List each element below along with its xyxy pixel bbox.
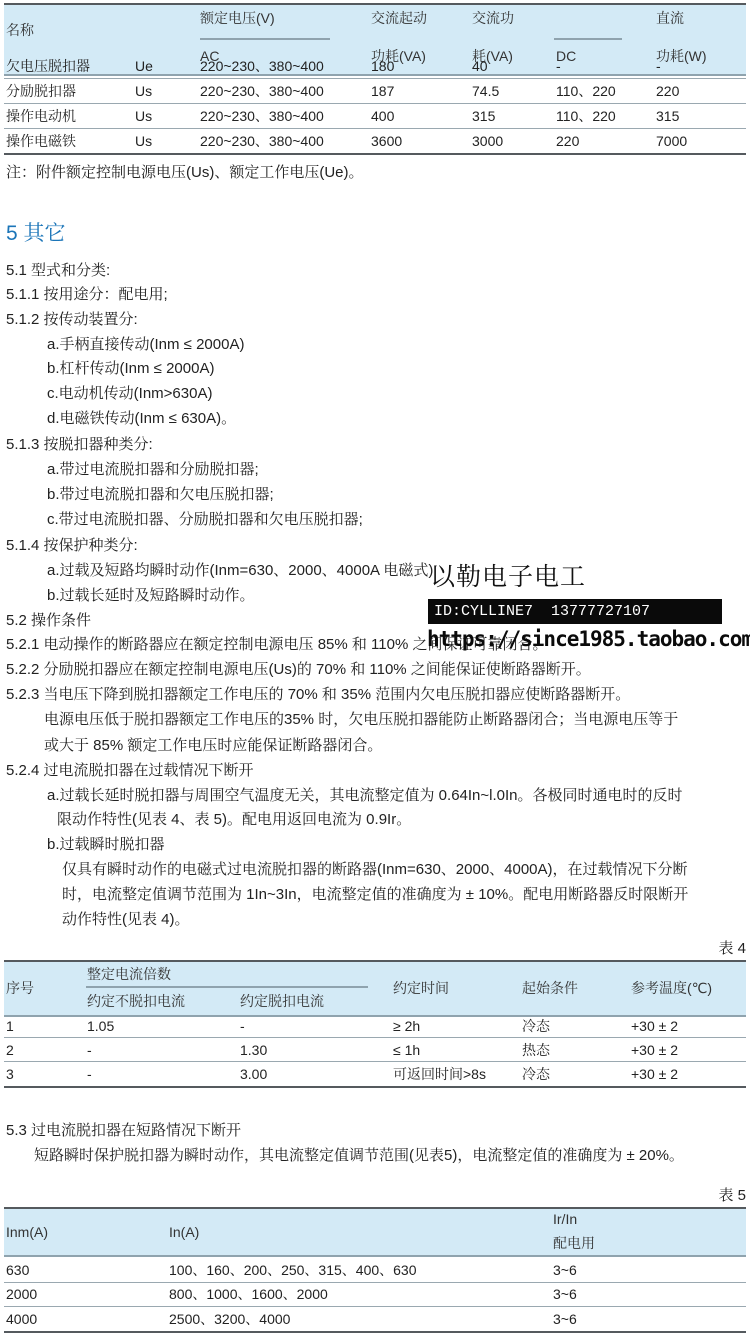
cell-in: 2500、3200、4000 <box>169 1311 290 1327</box>
header-sub-rule <box>86 986 368 988</box>
cell-inm: 4000 <box>6 1311 37 1327</box>
cell-name: 欠电压脱扣器 <box>6 58 90 74</box>
cell-type: Us <box>135 83 152 99</box>
row-rule <box>4 78 746 79</box>
cell-type: Us <box>135 133 152 149</box>
cell-time: ≥ 2h <box>393 1018 420 1034</box>
text-line: a.过载及短路均瞬时动作(Inm=630、2000、4000A 电磁式) <box>47 562 433 580</box>
text-line: a.过载长延时脱扣器与周围空气温度无关，其电流整定值为 0.64In~l.0In… <box>47 787 683 805</box>
text-line: 5.1.1 按用途分：配电用; <box>6 286 168 304</box>
header-ir-in: Ir/In <box>553 1211 577 1227</box>
text-line: c.带过电流脱扣器、分励脱扣器和欠电压脱扣器; <box>47 511 363 529</box>
cell-name: 操作电动机 <box>6 108 76 124</box>
header-distribution: 配电用 <box>553 1235 595 1251</box>
cell-ac: 220~230、380~400 <box>200 108 324 124</box>
table-bottom-rule <box>4 153 746 155</box>
text-line: a.带过电流脱扣器和分励脱扣器; <box>47 461 259 479</box>
section-title: 5 其它 <box>6 222 66 246</box>
text-line: c.电动机传动(Inm>630A) <box>47 385 212 403</box>
cell-temp: +30 ± 2 <box>631 1042 678 1058</box>
text-line: 或大于 85% 额定工作电压时应能保证断路器闭合。 <box>44 737 382 755</box>
text-line: a.手柄直接传动(Inm ≤ 2000A) <box>47 336 244 354</box>
row-rule <box>4 103 746 104</box>
text-line: 仅具有瞬时动作的电磁式过电流脱扣器的断路器(Inm=630、2000、4000A… <box>62 861 688 879</box>
cell-temp: +30 ± 2 <box>631 1018 678 1034</box>
header-rated-voltage: 额定电压(V) <box>200 10 275 26</box>
table-header <box>4 1209 746 1256</box>
cell-ir-in: 3~6 <box>553 1286 577 1302</box>
cell-ac-power: 315 <box>472 108 495 124</box>
cell-temp: +30 ± 2 <box>631 1066 678 1082</box>
text-line: 5.1.2 按传动装置分: <box>6 311 138 329</box>
text-line: 5.2.3 当电压下降到脱扣器额定工作电压的 70% 和 35% 范围内欠电压脱… <box>6 686 630 704</box>
cell-seq: 1 <box>6 1018 14 1034</box>
header-time: 约定时间 <box>393 980 449 996</box>
cell-seq: 3 <box>6 1066 14 1082</box>
text-line: 动作特性(见表 4)。 <box>62 911 190 929</box>
header-bottom-rule <box>4 1255 746 1257</box>
cell-seq: 2 <box>6 1042 14 1058</box>
text-line: d.电磁铁传动(Inm ≤ 630A)。 <box>47 410 236 428</box>
text-line: 5.2 操作条件 <box>6 612 91 630</box>
cell-ac: 220~230、380~400 <box>200 58 324 74</box>
cell-in: 100、160、200、250、315、400、630 <box>169 1262 417 1278</box>
cell-ac-start: 187 <box>371 83 394 99</box>
header-no-trip: 约定不脱扣电流 <box>87 993 185 1009</box>
header-dc-power: 直流 <box>656 10 684 26</box>
header-sub-rule <box>554 38 622 40</box>
table5-caption: 表 5 <box>718 1184 746 1205</box>
row-rule <box>4 128 746 129</box>
header-in: In(A) <box>169 1224 199 1240</box>
header-temp: 参考温度(℃) <box>631 980 712 996</box>
header-multiple: 整定电流倍数 <box>87 966 171 982</box>
cell-name: 操作电磁铁 <box>6 133 76 149</box>
cell-ac-start: 180 <box>371 58 394 74</box>
cell-ir-in: 3~6 <box>553 1311 577 1327</box>
row-rule <box>4 1061 746 1062</box>
text-line: 5.1.4 按保护种类分: <box>6 537 138 555</box>
cell-start: 冷态 <box>522 1018 550 1034</box>
text-line: 电源电压低于脱扣器额定工作电压的35% 时，欠电压脱扣器能防止断路器闭合；当电源… <box>44 711 678 729</box>
cell-ac-power: 74.5 <box>472 83 499 99</box>
text-line: 限动作特性(见表 4、表 5)。配电用返回电流为 0.9Ir。 <box>57 811 411 829</box>
text-line: 5.1.3 按脱扣器种类分: <box>6 436 153 454</box>
table-bottom-rule <box>4 1331 746 1333</box>
cell-name: 分励脱扣器 <box>6 83 76 99</box>
cell-no-trip: 1.05 <box>87 1018 114 1034</box>
watermark-id-banner: ID:CYLLINE7 13777727107 <box>428 599 722 624</box>
header-dc-power-unit: 功耗(W) <box>656 48 707 64</box>
table-bottom-rule <box>4 1086 746 1088</box>
cell-dc-power: 220 <box>656 83 679 99</box>
watermark-url: https://since1985.taobao.com <box>427 625 750 653</box>
cell-ir-in: 3~6 <box>553 1262 577 1278</box>
cell-dc: 110、220 <box>556 83 616 99</box>
cell-inm: 630 <box>6 1262 29 1278</box>
cell-no-trip: - <box>87 1042 92 1058</box>
cell-ac-start: 400 <box>371 108 394 124</box>
text-line: 时，电流整定值调节范围为 1In~3In，电流整定值的准确度为 ± 10%。配电… <box>62 886 688 904</box>
header-inm: Inm(A) <box>6 1224 48 1240</box>
text-line: b.杠杆传动(Inm ≤ 2000A) <box>47 360 214 378</box>
text-line: b.带过电流脱扣器和欠电压脱扣器; <box>47 486 274 504</box>
cell-dc: - <box>556 58 561 74</box>
text-line: 5.2.4 过电流脱扣器在过载情况下断开 <box>6 762 254 780</box>
cell-dc-power: - <box>656 58 661 74</box>
watermark-shop-name: 以勒电子电工 <box>430 563 586 591</box>
section-heading: 5.3 过电流脱扣器在短路情况下断开 <box>6 1122 241 1140</box>
cell-ac-power: 3000 <box>472 133 503 149</box>
row-rule <box>4 1037 746 1038</box>
cell-dc-power: 7000 <box>656 133 687 149</box>
header-trip: 约定脱扣电流 <box>240 993 324 1009</box>
cell-start: 热态 <box>522 1042 550 1058</box>
text-line: b.过载长延时及短路瞬时动作。 <box>47 587 255 605</box>
cell-ac-power: 40 <box>472 58 488 74</box>
row-rule <box>4 1306 746 1307</box>
header-start: 起始条件 <box>522 980 578 996</box>
cell-in: 800、1000、1600、2000 <box>169 1286 328 1302</box>
cell-time: ≤ 1h <box>393 1042 420 1058</box>
cell-trip: - <box>240 1018 245 1034</box>
cell-dc: 110、220 <box>556 108 616 124</box>
accessory-note: 注：附件额定控制电源电压(Us)、额定工作电压(Ue)。 <box>6 164 364 182</box>
row-rule <box>4 1282 746 1283</box>
cell-trip: 1.30 <box>240 1042 267 1058</box>
text-line: 5.2.2 分励脱扣器应在额定控制电源电压(Us)的 70% 和 110% 之间… <box>6 661 591 679</box>
header-bottom-rule <box>4 1015 746 1017</box>
cell-ac-start: 3600 <box>371 133 402 149</box>
header-bottom-rule <box>4 74 746 76</box>
cell-dc: 220 <box>556 133 579 149</box>
cell-type: Ue <box>135 58 153 74</box>
text-line: 5.1 型式和分类: <box>6 262 110 280</box>
header-ac-start-power: 交流起动 <box>371 10 427 26</box>
header-sub-rule <box>200 38 330 40</box>
cell-ac: 220~230、380~400 <box>200 83 324 99</box>
table4-caption: 表 4 <box>718 937 746 958</box>
cell-inm: 2000 <box>6 1286 37 1302</box>
cell-start: 冷态 <box>522 1066 550 1082</box>
header-name: 名称 <box>6 22 34 38</box>
cell-ac: 220~230、380~400 <box>200 133 324 149</box>
cell-no-trip: - <box>87 1066 92 1082</box>
cell-time: 可返回时间>8s <box>393 1066 486 1082</box>
cell-type: Us <box>135 108 152 124</box>
cell-dc-power: 315 <box>656 108 679 124</box>
header-seq: 序号 <box>6 980 34 996</box>
cell-trip: 3.00 <box>240 1066 267 1082</box>
text-line: 短路瞬时保护脱扣器为瞬时动作，其电流整定值调节范围(见表5)，电流整定值的准确度… <box>34 1147 684 1165</box>
header-ac-power: 交流功 <box>472 10 514 26</box>
text-line: b.过载瞬时脱扣器 <box>47 836 165 854</box>
